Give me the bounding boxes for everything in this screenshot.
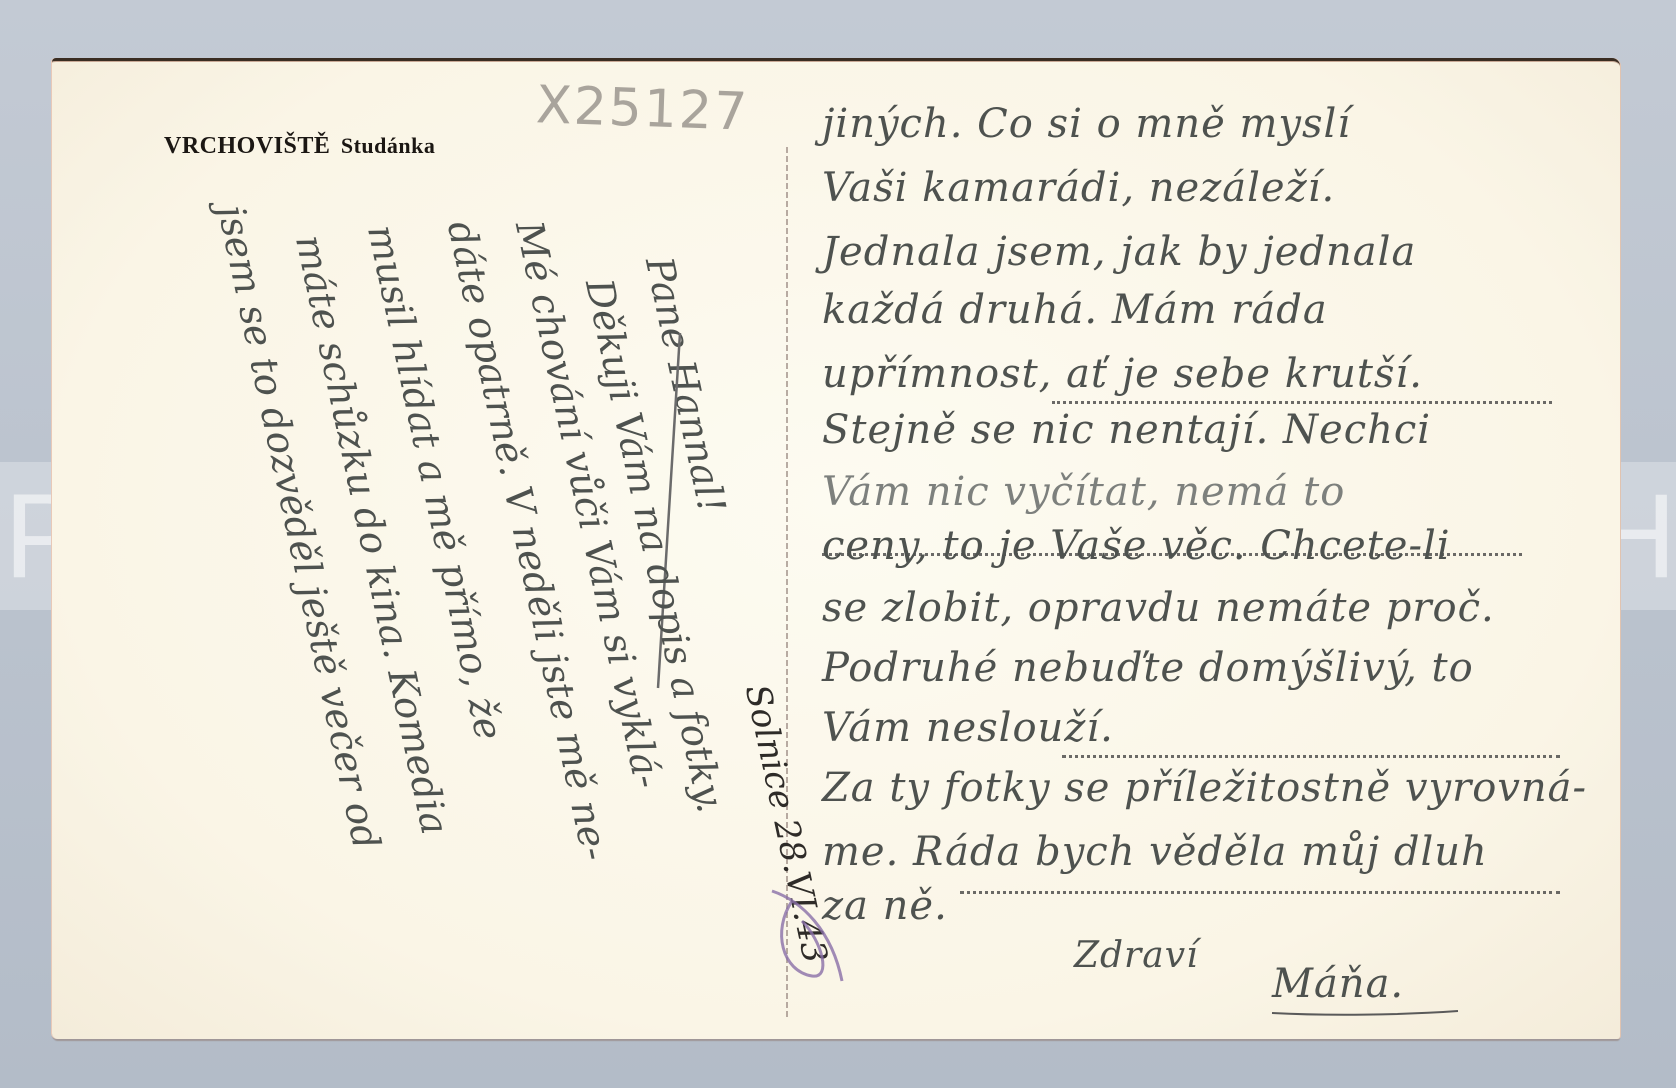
signature-underline (1270, 1007, 1460, 1017)
right-line-3: Jednala jsem, jak by jednala (822, 229, 1416, 275)
right-line-13: me. Ráda bych věděla můj dluh (822, 829, 1488, 875)
dotted-rule-4 (960, 891, 1560, 894)
dotted-rule-3 (1062, 755, 1560, 758)
right-line-5: upřímnost, ať je sebe krutší. (822, 351, 1423, 397)
right-line-7: Vám nic vyčítat, nemá to (822, 469, 1345, 515)
inventory-number: X25127 (535, 75, 750, 142)
postcard: X25127 VRCHOVIŠTĚ Studánka Pane Hannal! … (52, 58, 1620, 1039)
right-line-12: Za ty fotky se příležitostně vyrovná- (822, 765, 1587, 811)
right-line-2: Vaši kamarádi, nezáleží. (822, 165, 1335, 211)
right-line-10: Podruhé nebuďte domýšlivý, to (822, 645, 1474, 691)
signature: Máňa. (1272, 961, 1404, 1007)
right-line-14: za ně. (822, 883, 948, 929)
right-line-4: každá druhá. Mám ráda (822, 287, 1328, 333)
caption-name: Studánka (341, 133, 436, 158)
closing-greeting: Zdraví (1074, 935, 1199, 976)
right-line-11: Vám neslouží. (822, 705, 1114, 751)
caption-place: VRCHOVIŠTĚ (164, 133, 330, 159)
right-line-8: ceny, to je Vaše věc. Chcete-li (822, 523, 1451, 569)
right-line-9: se zlobit, opravdu nemáte proč. (822, 585, 1495, 631)
right-line-1: jiných. Co si o mně myslí (822, 101, 1351, 147)
printed-caption: VRCHOVIŠTĚ Studánka (164, 133, 435, 160)
right-line-6: Stejně se nic nentají. Nechci (822, 407, 1431, 453)
dotted-rule-1 (1052, 401, 1552, 404)
